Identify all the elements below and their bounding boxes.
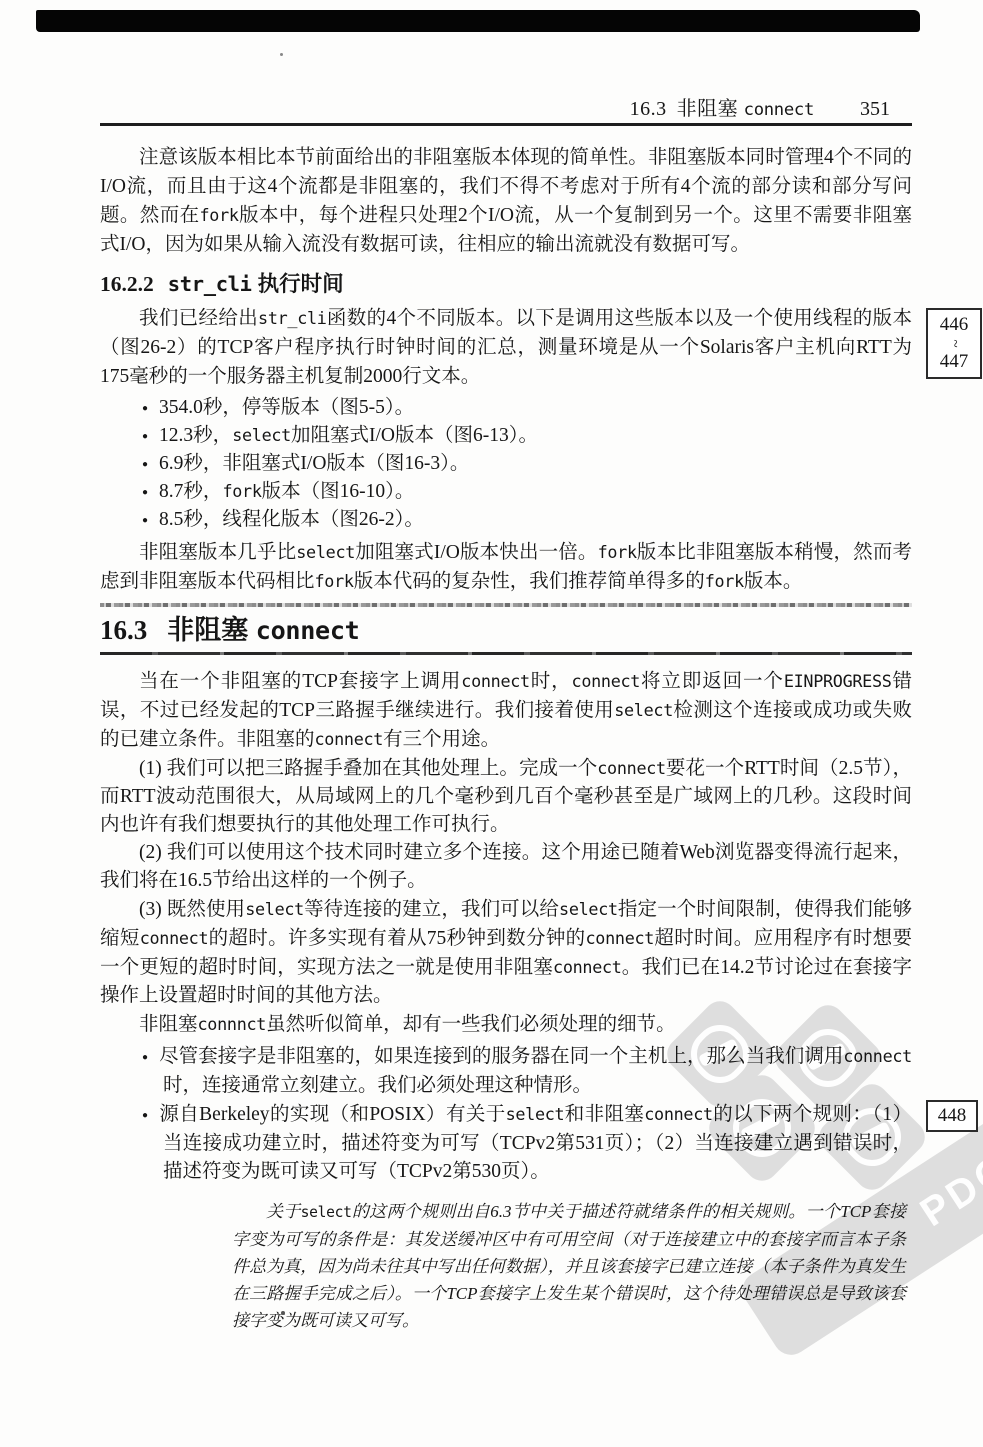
heading-title: 非阻塞 xyxy=(167,615,248,645)
margin-pagenum-448: 448 xyxy=(938,1105,967,1126)
scanner-black-bar-artifact xyxy=(36,10,920,32)
intro-paragraph: 注意该版本相比本节前面给出的非阻塞版本体现的简单性。非阻塞版本同时管理4个不同的… xyxy=(100,143,912,259)
timing-item: 12.3秒，select加阻塞式I/O版本（图6-13）。 xyxy=(142,422,912,450)
timing-item: 8.5秒，线程化版本（图26-2）。 xyxy=(142,506,912,534)
section-divider-rule xyxy=(100,603,912,607)
timing-item: 8.7秒，fork版本（图16-10）。 xyxy=(142,478,912,506)
page-content: 16.3 非阻塞 connect 351 注意该版本相比本节前面给出的非阻塞版本… xyxy=(100,92,912,1334)
paragraph: (1) 我们可以把三路握手叠加在其他处理上。完成一个connect要花一个RTT… xyxy=(100,754,912,839)
section-16-3-body: 当在一个非阻塞的TCP套接字上调用connect时，connect将立即返回一个… xyxy=(100,667,912,1334)
paragraph: 当在一个非阻塞的TCP套接字上调用connect时，connect将立即返回一个… xyxy=(100,667,912,754)
fine-print-note: 关于select的这两个规则出自6.3节中关于描述符就绪条件的相关规则。一个TC… xyxy=(232,1198,906,1334)
running-header-section-number: 16.3 xyxy=(630,98,667,121)
range-tilde: ~ xyxy=(948,322,961,366)
paragraph: (2) 我们可以使用这个技术同时建立多个连接。这个用途已随着Web浏览器变得流行… xyxy=(100,839,912,895)
timing-item: 6.9秒，非阻塞式I/O版本（图16-3）。 xyxy=(142,450,912,478)
heading-title-suffix: 执行时间 xyxy=(252,272,344,296)
caveat-item: 尽管套接字是非阻塞的，如果连接到的服务器在同一个主机上，那么当我们调用conne… xyxy=(142,1042,912,1100)
margin-pagenum-box-446-447: 446 ~ 447 xyxy=(926,308,982,379)
heading-16-3: 16.3非阻塞 connect xyxy=(100,611,912,650)
timing-item: 354.0秒，停等版本（图5-5）。 xyxy=(142,394,912,422)
caveat-list: 尽管套接字是非阻塞的，如果连接到的服务器在同一个主机上，那么当我们调用conne… xyxy=(100,1042,912,1186)
running-header: 16.3 非阻塞 connect 351 xyxy=(100,92,912,122)
running-header-section-title: 非阻塞 connect xyxy=(677,92,814,121)
scan-speck xyxy=(280,53,283,56)
watermark-pdg-label: PDG xyxy=(912,1144,983,1235)
caveat-item: 源自Berkeley的实现（和POSIX）有关于select和非阻塞connec… xyxy=(142,1100,912,1186)
margin-pagenum-box-448: 448 xyxy=(926,1100,978,1132)
page-number: 351 xyxy=(860,98,890,121)
paragraph: 非阻塞connnct虽然听似简单，却有一些我们必须处理的细节。 xyxy=(100,1010,912,1039)
timing-conclusion-paragraph: 非阻塞版本几乎比select加阻塞式I/O版本快出一倍。fork版本比非阻塞版本… xyxy=(100,538,912,596)
heading-number: 16.2.2 xyxy=(100,272,154,296)
timing-intro-paragraph: 我们已经给出str_cli函数的4个不同版本。以下是调用这些版本以及一个使用线程… xyxy=(100,304,912,391)
heading-16-2-2: 16.2.2str_cli 执行时间 xyxy=(100,269,912,299)
timing-list: 354.0秒，停等版本（图5-5）。 12.3秒，select加阻塞式I/O版本… xyxy=(100,394,912,534)
running-header-rule xyxy=(100,123,912,126)
heading-number: 16.3 xyxy=(100,615,147,645)
heading-code-title: connect xyxy=(256,616,360,645)
paragraph: (3) 既然使用select等待连接的建立，我们可以给select指定一个时间限… xyxy=(100,895,912,1010)
heading-code-title: str_cli xyxy=(168,272,252,296)
section-heading-rule xyxy=(100,652,912,655)
scan-speck xyxy=(281,1311,285,1315)
